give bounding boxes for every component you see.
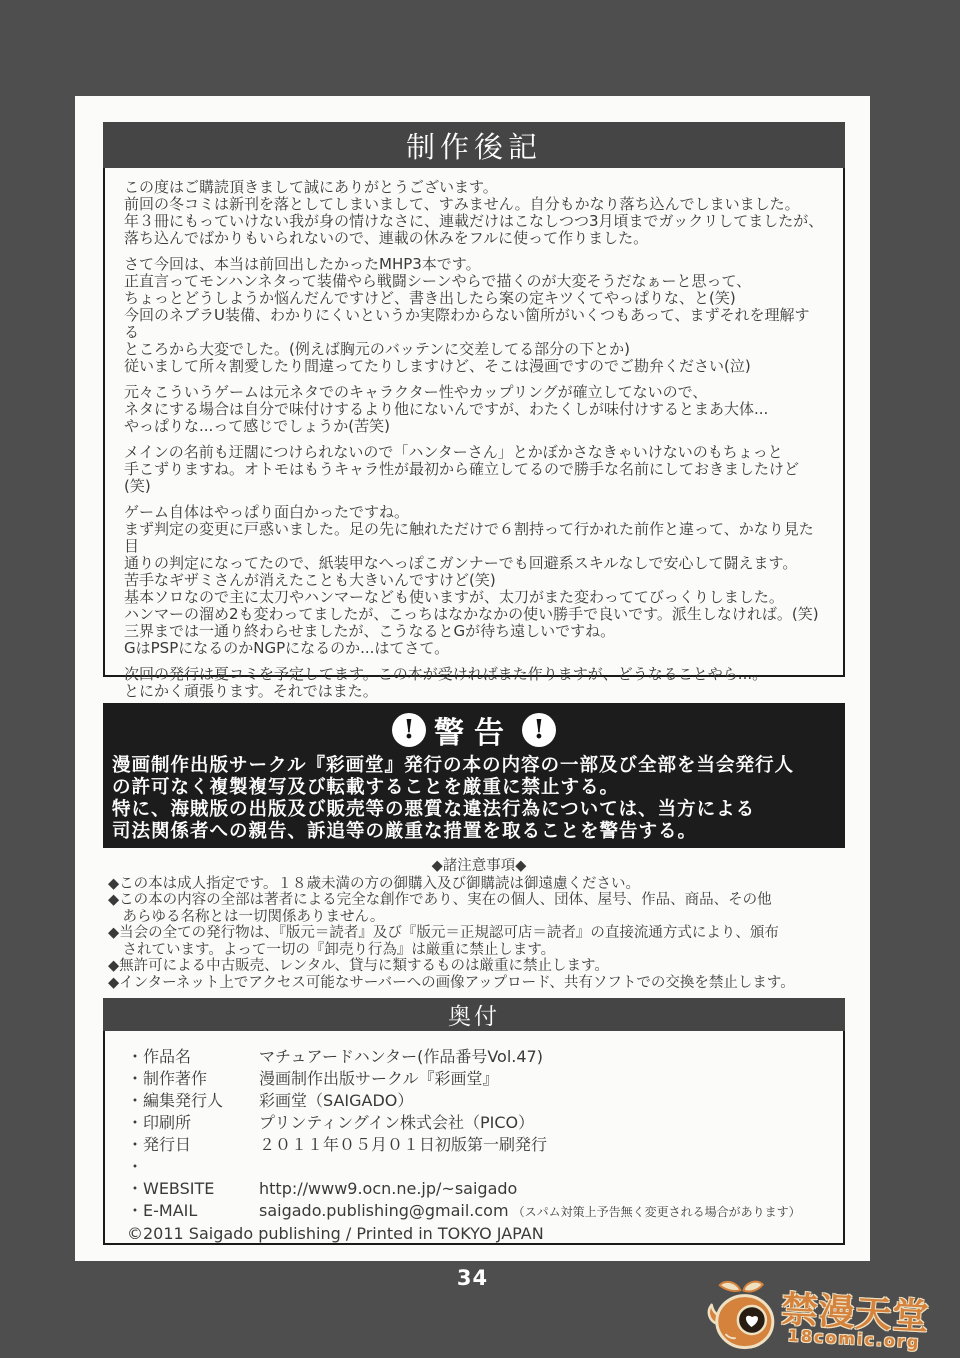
colophon-section: 奥付 ・作品名 マチュアードハンター(作品番号Vol.47) ・制作著作 漫画制…	[103, 998, 845, 1245]
colophon-value: 漫画制作出版サークル『彩画堂』	[259, 1068, 833, 1090]
notice-item: ◆当会の全ての発行物は、『版元＝読者』及び『版元＝正規認可店＝読者』の直接流通方…	[108, 925, 850, 958]
colophon-value: マチュアードハンター(作品番号Vol.47)	[259, 1046, 833, 1068]
watermark-text-block: 禁漫天堂 18comic.org	[780, 1292, 931, 1352]
colophon-value	[259, 1156, 833, 1178]
colophon-label: ・印刷所	[127, 1112, 259, 1134]
scanned-page-background: { "afterword": { "title": "制作後記", "parag…	[0, 0, 960, 1358]
afterword-paragraph: この度はご購読頂きまして誠にありがとうございます。 前回の冬コミは新刊を落として…	[124, 179, 824, 247]
colophon-value: プリンティングイン株式会社（PICO）	[259, 1112, 833, 1134]
colophon-label: ・WEBSITE	[127, 1178, 259, 1200]
afterword-paragraph: 次回の発行は夏コミを予定してます。この本が受ければまた作りますが、どうなることや…	[124, 666, 824, 700]
afterword-header-bar: 制作後記	[103, 122, 845, 168]
afterword-title: 制作後記	[406, 125, 542, 166]
colophon-row-title: ・作品名 マチュアードハンター(作品番号Vol.47)	[127, 1046, 833, 1068]
afterword-paragraph: ゲーム自体はやっぱり面白かったですね。 まず判定の変更に戸惑いました。足の先に触…	[124, 504, 824, 657]
warning-title: 警告	[434, 708, 514, 752]
notice-item: ◆この本は成人指定です。１８歳未満の方の御購入及び御購読は御遠慮ください。	[108, 876, 850, 893]
colophon-label: ・	[127, 1156, 259, 1178]
colophon-value: ２０１１年０５月０１日初版第一刷発行	[259, 1134, 833, 1156]
colophon-row-editor: ・編集発行人 彩画堂（SAIGADO）	[127, 1090, 833, 1112]
document-page: 制作後記 この度はご購読頂きまして誠にありがとうございます。 前回の冬コミは新刊…	[75, 96, 870, 1261]
site-watermark: 禁漫天堂 18comic.org	[701, 1277, 956, 1358]
afterword-paragraph: さて今回は、本当は前回出したかったMHP3本です。 正直言ってモンハンネタって装…	[124, 256, 824, 375]
warning-body-text: 漫画制作出版サークル『彩画堂』発行の本の内容の一部及び全部を当会発行人 の許可な…	[103, 752, 845, 843]
colophon-value: 彩画堂（SAIGADO）	[259, 1090, 833, 1112]
colophon-email-address: saigado.publishing@gmail.com（スパム対策上予告無く変…	[259, 1200, 833, 1223]
notices-heading: ◆諸注意事項◆	[108, 858, 850, 875]
colophon-row-publish-date: ・発行日 ２０１１年０５月０１日初版第一刷発行	[127, 1134, 833, 1156]
afterword-section: 制作後記 この度はご購読頂きまして誠にありがとうございます。 前回の冬コミは新刊…	[103, 122, 845, 677]
notices-section: ◆諸注意事項◆ ◆この本は成人指定です。１８歳未満の方の御購入及び御購読は御遠慮…	[108, 858, 850, 991]
colophon-row-email: ・E-MAIL saigado.publishing@gmail.com（スパム…	[127, 1200, 833, 1223]
colophon-title: 奥付	[448, 998, 500, 1031]
colophon-label: ・E-MAIL	[127, 1200, 259, 1223]
warning-section: ! 警告 ! 漫画制作出版サークル『彩画堂』発行の本の内容の一部及び全部を当会発…	[103, 703, 845, 848]
colophon-label: ・作品名	[127, 1046, 259, 1068]
colophon-row-blank: ・	[127, 1156, 833, 1178]
notice-item: ◆インターネット上でアクセス可能なサーバーへの画像アップロード、共有ソフトでの交…	[108, 975, 850, 992]
colophon-website-url: http://www9.ocn.ne.jp/~saigado	[259, 1178, 833, 1200]
colophon-row-printer: ・印刷所 プリンティングイン株式会社（PICO）	[127, 1112, 833, 1134]
colophon-label: ・発行日	[127, 1134, 259, 1156]
afterword-body: この度はご購読頂きまして誠にありがとうございます。 前回の冬コミは新刊を落として…	[103, 168, 845, 677]
colophon-label: ・編集発行人	[127, 1090, 259, 1112]
colophon-label: ・制作著作	[127, 1068, 259, 1090]
colophon-body: ・作品名 マチュアードハンター(作品番号Vol.47) ・制作著作 漫画制作出版…	[103, 1031, 845, 1245]
email-text: saigado.publishing@gmail.com	[259, 1201, 509, 1220]
notice-item: ◆この本の内容の全部は著者による完全な創作であり、実在の個人、団体、屋号、作品、…	[108, 892, 850, 925]
mascot-whale-icon	[701, 1277, 781, 1353]
watermark-domain: 18comic.org	[787, 1328, 920, 1351]
exclamation-icon: !	[392, 713, 426, 747]
warning-title-row: ! 警告 !	[103, 703, 845, 752]
exclamation-icon: !	[522, 713, 556, 747]
colophon-row-website: ・WEBSITE http://www9.ocn.ne.jp/~saigado	[127, 1178, 833, 1200]
copyright-line: ©2011 Saigado publishing / Printed in TO…	[127, 1223, 833, 1245]
colophon-header-bar: 奥付	[103, 998, 845, 1031]
notice-item: ◆無許可による中古販売、レンタル、貸与に類するものは厳重に禁止します。	[108, 958, 850, 975]
email-note: （スパム対策上予告無く変更される場合があります）	[513, 1205, 801, 1219]
colophon-row-production: ・制作著作 漫画制作出版サークル『彩画堂』	[127, 1068, 833, 1090]
afterword-paragraph: メインの名前も迂闊につけられないので「ハンターさん」とかぼかさなきゃいけないのも…	[124, 444, 824, 495]
afterword-paragraph: 元々こういうゲームは元ネタでのキャラクター性やカップリングが確立してないので、 …	[124, 384, 824, 435]
